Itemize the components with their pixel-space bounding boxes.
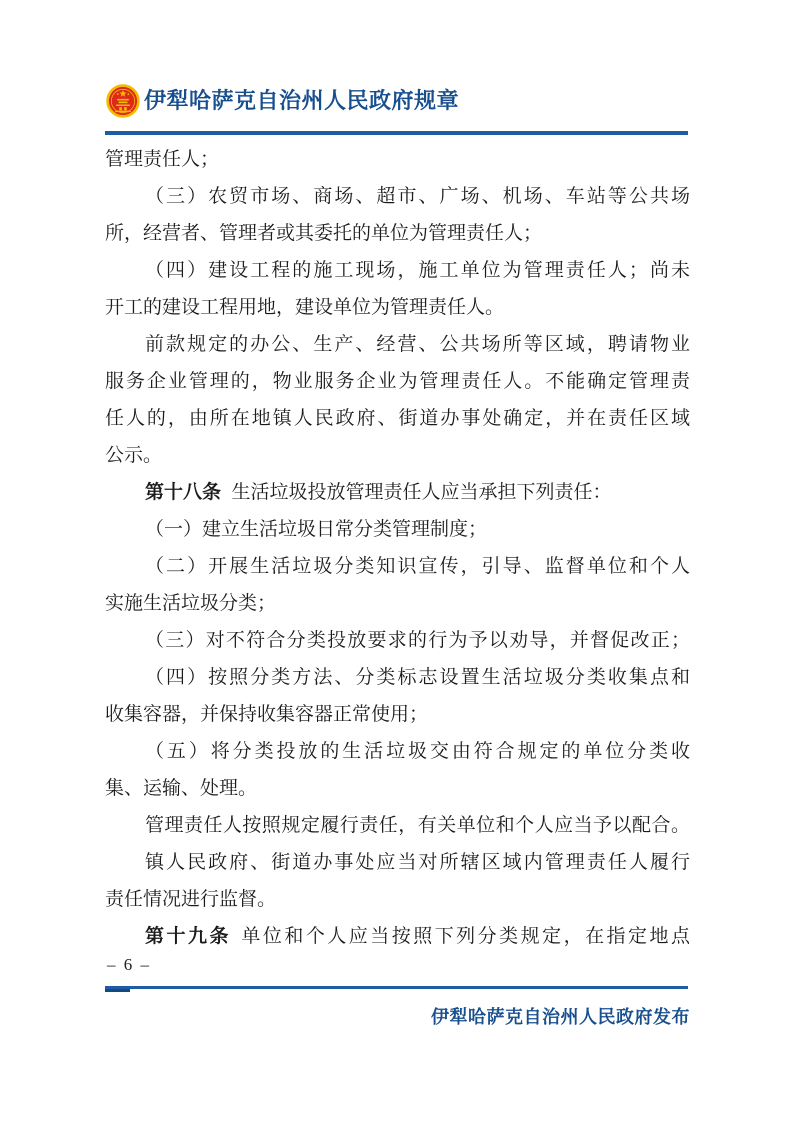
document-page: 伊犁哈萨克自治州人民政府规章 管理责任人；（三）农贸市场、商场、超市、广场、机场… bbox=[0, 0, 793, 1122]
page-number: – 6 – bbox=[107, 955, 151, 975]
china-national-emblem-icon bbox=[106, 84, 140, 118]
text-line: （五）将分类投放的生活垃圾交由符合规定的单位分类收 bbox=[105, 733, 690, 770]
text-line: 任人的，由所在地镇人民政府、街道办事处确定，并在责任区域 bbox=[105, 400, 690, 437]
text-line: 所，经营者、管理者或其委托的单位为管理责任人； bbox=[105, 215, 690, 252]
article-number: 第十八条 bbox=[145, 482, 221, 503]
text-line: （二）开展生活垃圾分类知识宣传，引导、监督单位和个人 bbox=[105, 548, 690, 585]
text-line: （四）按照分类方法、分类标志设置生活垃圾分类收集点和 bbox=[105, 659, 690, 696]
text-line: （四）建设工程的施工现场，施工单位为管理责任人；尚未 bbox=[105, 252, 690, 289]
text-line: 镇人民政府、街道办事处应当对所辖区域内管理责任人履行 bbox=[105, 844, 690, 881]
footer-divider bbox=[105, 986, 688, 989]
header-divider bbox=[105, 131, 688, 135]
text-line: 责任情况进行监督。 bbox=[105, 881, 690, 918]
document-body: 管理责任人；（三）农贸市场、商场、超市、广场、机场、车站等公共场所，经营者、管理… bbox=[105, 141, 690, 955]
text-line: 公示。 bbox=[105, 437, 690, 474]
text-line: （三）农贸市场、商场、超市、广场、机场、车站等公共场 bbox=[105, 178, 690, 215]
page-title: 伊犁哈萨克自治州人民政府规章 bbox=[144, 86, 459, 116]
text-line: （一）建立生活垃圾日常分类管理制度； bbox=[105, 511, 690, 548]
text-line: 实施生活垃圾分类； bbox=[105, 585, 690, 622]
text-line: 第十九条单位和个人应当按照下列分类规定，在指定地点 bbox=[105, 918, 690, 955]
text-line: 第十八条生活垃圾投放管理责任人应当承担下列责任： bbox=[105, 474, 690, 511]
text-line: 收集容器，并保持收集容器正常使用； bbox=[105, 696, 690, 733]
text-line: 集、运输、处理。 bbox=[105, 770, 690, 807]
text-line: （三）对不符合分类投放要求的行为予以劝导，并督促改正； bbox=[105, 622, 690, 659]
footer-divider-tick bbox=[105, 989, 130, 992]
text-line: 前款规定的办公、生产、经营、公共场所等区域，聘请物业 bbox=[105, 326, 690, 363]
text-line: 管理责任人按照规定履行责任，有关单位和个人应当予以配合。 bbox=[105, 807, 690, 844]
text-line: 服务企业管理的，物业服务企业为管理责任人。不能确定管理责 bbox=[105, 363, 690, 400]
publisher-label: 伊犁哈萨克自治州人民政府发布 bbox=[105, 1003, 690, 1029]
text-line: 管理责任人； bbox=[105, 141, 690, 178]
text-line: 开工的建设工程用地，建设单位为管理责任人。 bbox=[105, 289, 690, 326]
article-number: 第十九条 bbox=[145, 926, 231, 947]
